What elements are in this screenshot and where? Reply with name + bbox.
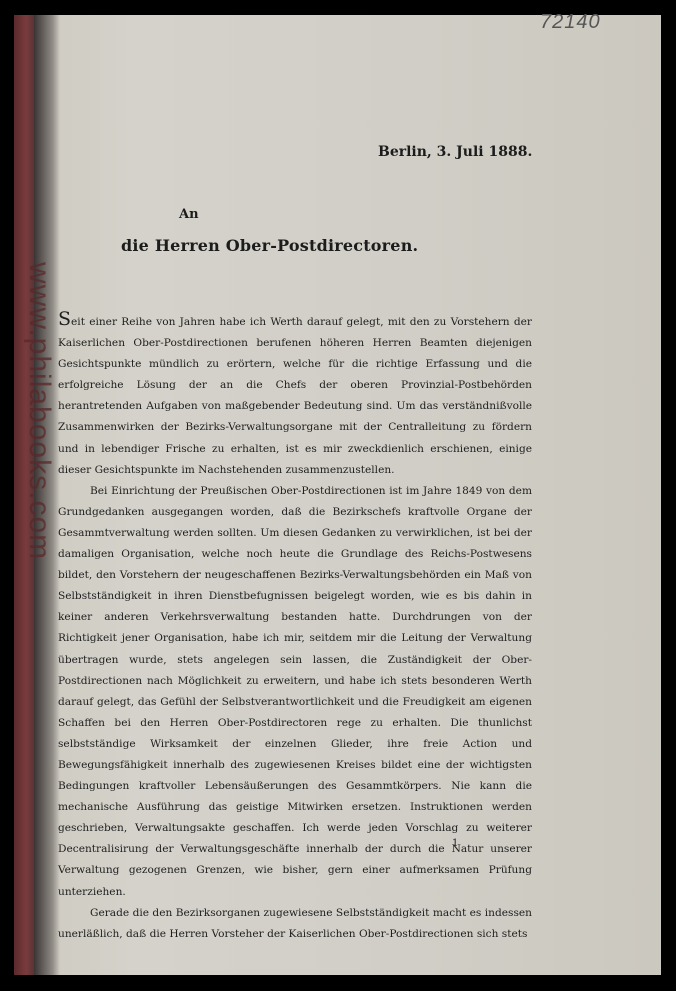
paragraph-1: Seit einer Reihe von Jahren habe ich Wer… — [58, 312, 532, 481]
watermark: www.philabooks.com — [24, 262, 54, 692]
salutation-an: An — [179, 207, 199, 222]
paragraph-3: Gerade die den Bezirksorganen zugewiesen… — [58, 903, 532, 945]
salutation-recipients: die Herren Ober-Postdirectoren. — [121, 236, 418, 255]
drop-cap: S — [58, 308, 71, 330]
page-number: 1 — [452, 838, 458, 849]
archive-number: 72140 — [540, 11, 601, 34]
date-line: Berlin, 3. Juli 1888. — [378, 144, 532, 160]
letter-body: Seit einer Reihe von Jahren habe ich Wer… — [58, 312, 532, 945]
paragraph-2: Bei Einrichtung der Preußischen Ober-Pos… — [58, 481, 532, 903]
